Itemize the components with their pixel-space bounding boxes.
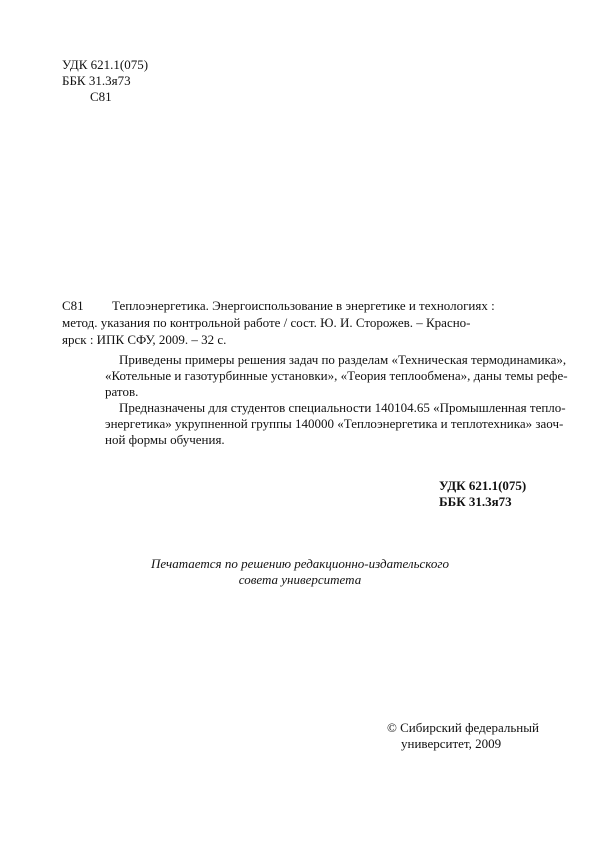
entry-line-3: ярск : ИПК СФУ, 2009. – 32 с.	[62, 331, 542, 348]
classification-codes-bottom: УДК 621.1(075) ББК 31.3я73	[439, 478, 526, 510]
copyright-notice: © Сибирский федеральный университет, 200…	[387, 720, 539, 752]
author-mark: С81	[62, 89, 148, 105]
annotation-p1-line-3: ратов.	[105, 384, 575, 400]
imprint-line-2: совета университета	[0, 572, 600, 588]
classification-codes-top: УДК 621.1(075) ББК 31.3я73 С81	[62, 57, 148, 105]
entry-line-1: С81Теплоэнергетика. Энергоиспользование …	[62, 297, 542, 314]
annotation-p1-line-1: Приведены примеры решения задач по разде…	[105, 352, 575, 368]
annotation-p2-line-1: Предназначены для студентов специальност…	[105, 400, 575, 416]
copyright-line-1: © Сибирский федеральный	[387, 720, 539, 736]
udk-code-bold: УДК 621.1(075)	[439, 478, 526, 494]
annotation: Приведены примеры решения задач по разде…	[105, 352, 575, 448]
entry-title: Теплоэнергетика. Энергоиспользование в э…	[112, 298, 495, 313]
bibliographic-entry: С81Теплоэнергетика. Энергоиспользование …	[62, 297, 542, 348]
imprint-line-1: Печатается по решению редакционно-издате…	[0, 556, 600, 572]
annotation-p2-line-3: ной формы обучения.	[105, 432, 575, 448]
bbk-code-bold: ББК 31.3я73	[439, 494, 526, 510]
entry-line-2: метод. указания по контрольной работе / …	[62, 314, 542, 331]
annotation-p2-line-2: энергетика» укрупненной группы 140000 «Т…	[105, 416, 575, 432]
entry-author-mark: С81	[62, 297, 112, 314]
udk-code: УДК 621.1(075)	[62, 57, 148, 73]
annotation-p1-line-2: «Котельные и газотурбинные установки», «…	[105, 368, 575, 384]
bbk-code: ББК 31.3я73	[62, 73, 148, 89]
imprint-note: Печатается по решению редакционно-издате…	[0, 556, 600, 588]
copyright-line-2: университет, 2009	[387, 736, 539, 752]
